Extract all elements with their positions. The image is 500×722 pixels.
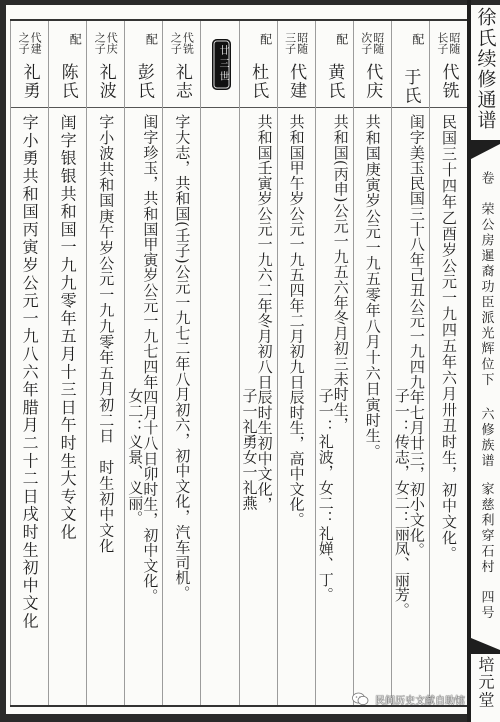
biography-text: 字小波共和国庚午岁公元一九九零年五月初二日 时生初中文化: [97, 114, 114, 554]
spine-rule-bottom: [471, 652, 500, 654]
relation-note: 代铣之子: [169, 32, 193, 54]
book-spine-panel: 徐氏续修通谱 卷 荣公房暹裔功臣派光辉位下 六修族谱 家慈利穿石村 四号 培元堂: [471, 5, 500, 722]
entry-column: 配 黄氏 共和国(丙申)公元一九五六年冬月初三未时生， 子一：礼波，女二：礼婵、…: [315, 21, 353, 705]
relation-note: 代建之子: [17, 32, 41, 54]
spouse-mark: 配: [411, 33, 424, 45]
biography-text: 字大志，共和国(壬子)公元一九七二年八月初六，初中文化，汽车司机。: [173, 114, 190, 601]
entry-header: 配 黄氏: [316, 21, 353, 108]
relation-note: 昭随长子: [436, 32, 460, 54]
entry-header: 廿三世: [201, 21, 238, 108]
entry-body: 闺字珍玉，共和国甲寅岁公元一九七四年四月十八日卯时生，初中文化。 女二：义景、义…: [125, 108, 162, 705]
branch-line: 荣公房暹裔功臣派光辉位下: [478, 202, 494, 388]
entry-body: [201, 108, 238, 705]
entry-header: 代建之子 礼勇: [11, 21, 48, 108]
genealogy-table: 昭随长子 代铣 民国三十四年乙酉岁公元一九四五年六月卅丑时生，初中文化。 配 于…: [10, 19, 467, 707]
spouse-mark: 配: [144, 33, 157, 45]
entry-column: 昭随长子 代铣 民国三十四年乙酉岁公元一九四五年六月卅丑时生，初中文化。: [429, 21, 467, 705]
wechat-icon: [352, 692, 369, 706]
entry-body: 闺字银银共和国一九九零年五月十三日午时生大专文化: [49, 108, 86, 705]
relation-note: 昭随次子: [360, 32, 384, 54]
biography-text: 闺字银银共和国一九九零年五月十三日午时生大专文化: [59, 114, 76, 541]
entry-body: 字大志，共和国(壬子)公元一九七二年八月初六，初中文化，汽车司机。: [163, 108, 200, 705]
generation-column: 廿三世: [200, 21, 238, 705]
volume-label: 卷: [478, 171, 494, 187]
entry-header: 配 彭氏: [125, 21, 162, 108]
biography-text: 共和国甲午岁公元一九五四年二月初九日辰时生，高中文化。: [288, 114, 305, 527]
person-name: 于氏: [400, 68, 420, 105]
spouse-mark: 配: [335, 33, 348, 45]
book-title: 徐氏续修通谱: [475, 7, 497, 131]
relation-note: 昭随三子: [284, 32, 308, 54]
person-name: 礼波: [96, 63, 116, 100]
biography-text: 闺字珍玉，共和国甲寅岁公元一九七四年四月十八日卯时生，初中文化。: [141, 114, 158, 604]
biography-text: 字小勇共和国丙寅岁公元一九八六年腊月二十二日戌时生初中文化: [21, 114, 38, 630]
relation-note: 代庆之子: [93, 32, 117, 54]
entry-header: 配 于氏: [392, 21, 429, 108]
entry-column: 配 彭氏 闺字珍玉，共和国甲寅岁公元一九七四年四月十八日卯时生，初中文化。 女二…: [124, 21, 162, 705]
spouse-mark: 配: [259, 33, 272, 45]
hall-name: 培元堂: [476, 656, 495, 709]
entry-header: 昭随次子 代庆: [354, 21, 391, 108]
entry-column: 昭随次子 代庆 共和国庚寅岁公元一九五零年八月十六日寅时生。: [353, 21, 391, 705]
entry-column: 昭随三子 代建 共和国甲午岁公元一九五四年二月初九日辰时生，高中文化。: [277, 21, 315, 705]
entry-body: 共和国甲午岁公元一九五四年二月初九日辰时生，高中文化。: [278, 108, 315, 705]
frame-border-top: [0, 0, 500, 5]
place-label: 家慈利穿石村: [478, 482, 494, 575]
children-text: 子一礼勇女一礼燕: [241, 388, 258, 510]
fishtail-bottom-icon: [471, 638, 500, 652]
person-name: 黄氏: [324, 63, 344, 100]
entry-body: 字小勇共和国丙寅岁公元一九八六年腊月二十二日戌时生初中文化: [11, 108, 48, 705]
entry-body: 共和国(丙申)公元一九五六年冬月初三未时生， 子一：礼波，女二：礼婵、丁。: [316, 108, 353, 705]
person-name: 杜氏: [248, 63, 268, 100]
person-name: 代建: [286, 63, 306, 100]
edition-label: 六修族谱: [478, 407, 494, 469]
fishtail-top-icon: [471, 142, 500, 159]
generation-label: 廿三世: [216, 45, 228, 84]
entry-body: 共和国庚寅岁公元一九五零年八月十六日寅时生。: [354, 108, 391, 705]
biography-text: 共和国庚寅岁公元一九五零年八月十六日寅时生。: [364, 114, 381, 459]
entry-header: 代铣之子 礼志: [163, 21, 200, 108]
entry-column: 代庆之子 礼波 字小波共和国庚午岁公元一九九零年五月初二日 时生初中文化: [86, 21, 124, 705]
entry-header: 昭随三子 代建: [278, 21, 315, 108]
entry-header: 配 陈氏: [49, 21, 86, 108]
entry-column: 配 于氏 闺字美玉民国三十八年己丑公元一九四九年七月廿三，初小文化。 子一：传志…: [391, 21, 429, 705]
watermark-text: 民间历史文献自助馆: [375, 692, 465, 707]
person-name: 彭氏: [134, 63, 154, 100]
biography-text: 民国三十四年乙酉岁公元一九四五年六月卅丑时生，初中文化。: [440, 114, 457, 562]
person-name: 陈氏: [58, 63, 78, 100]
frame-border-left: [0, 0, 6, 722]
genealogy-page: 昭随长子 代铣 民国三十四年乙酉岁公元一九四五年六月卅丑时生，初中文化。 配 于…: [0, 0, 500, 722]
entry-body: 民国三十四年乙酉岁公元一九四五年六月卅丑时生，初中文化。: [430, 108, 467, 705]
frame-border-bottom: [0, 714, 471, 722]
generation-badge: 廿三世: [212, 39, 231, 90]
entry-header: 代庆之子 礼波: [87, 21, 124, 108]
spouse-mark: 配: [68, 33, 81, 45]
entry-body: 闺字美玉民国三十八年己丑公元一九四九年七月廿三，初小文化。 子一：传志，女二：丽…: [392, 108, 429, 705]
person-name: 代铣: [438, 63, 458, 100]
children-text: 女二：义景、义丽。: [126, 388, 143, 526]
watermark: 民间历史文献自助馆: [352, 692, 465, 706]
person-name: 礼志: [172, 63, 192, 100]
biography-text: 共和国(丙申)公元一九五六年冬月初三未时生，: [332, 114, 349, 432]
entry-column: 代铣之子 礼志 字大志，共和国(壬子)公元一九七二年八月初六，初中文化，汽车司机…: [162, 21, 200, 705]
entry-header: 配 杜氏: [240, 21, 277, 108]
person-name: 代庆: [362, 63, 382, 100]
entry-body: 共和国壬寅岁公元一九六二年冬月初八日辰时生初中文化， 子一礼勇女一礼燕: [240, 108, 277, 705]
volume-number: 四号: [478, 590, 494, 621]
entry-column: 代建之子 礼勇 字小勇共和国丙寅岁公元一九八六年腊月二十二日戌时生初中文化: [10, 21, 48, 705]
entry-column: 配 陈氏 闺字银银共和国一九九零年五月十三日午时生大专文化: [48, 21, 86, 705]
entry-header: 昭随长子 代铣: [430, 21, 467, 108]
children-text: 子一：传志，女二：丽凤、丽芳。: [393, 388, 410, 618]
entry-body: 字小波共和国庚午岁公元一九九零年五月初二日 时生初中文化: [87, 108, 124, 705]
entry-column: 配 杜氏 共和国壬寅岁公元一九六二年冬月初八日辰时生初中文化， 子一礼勇女一礼燕: [239, 21, 277, 705]
person-name: 礼勇: [20, 63, 40, 100]
children-text: 子一：礼波，女二：礼婵、丁。: [317, 388, 334, 602]
